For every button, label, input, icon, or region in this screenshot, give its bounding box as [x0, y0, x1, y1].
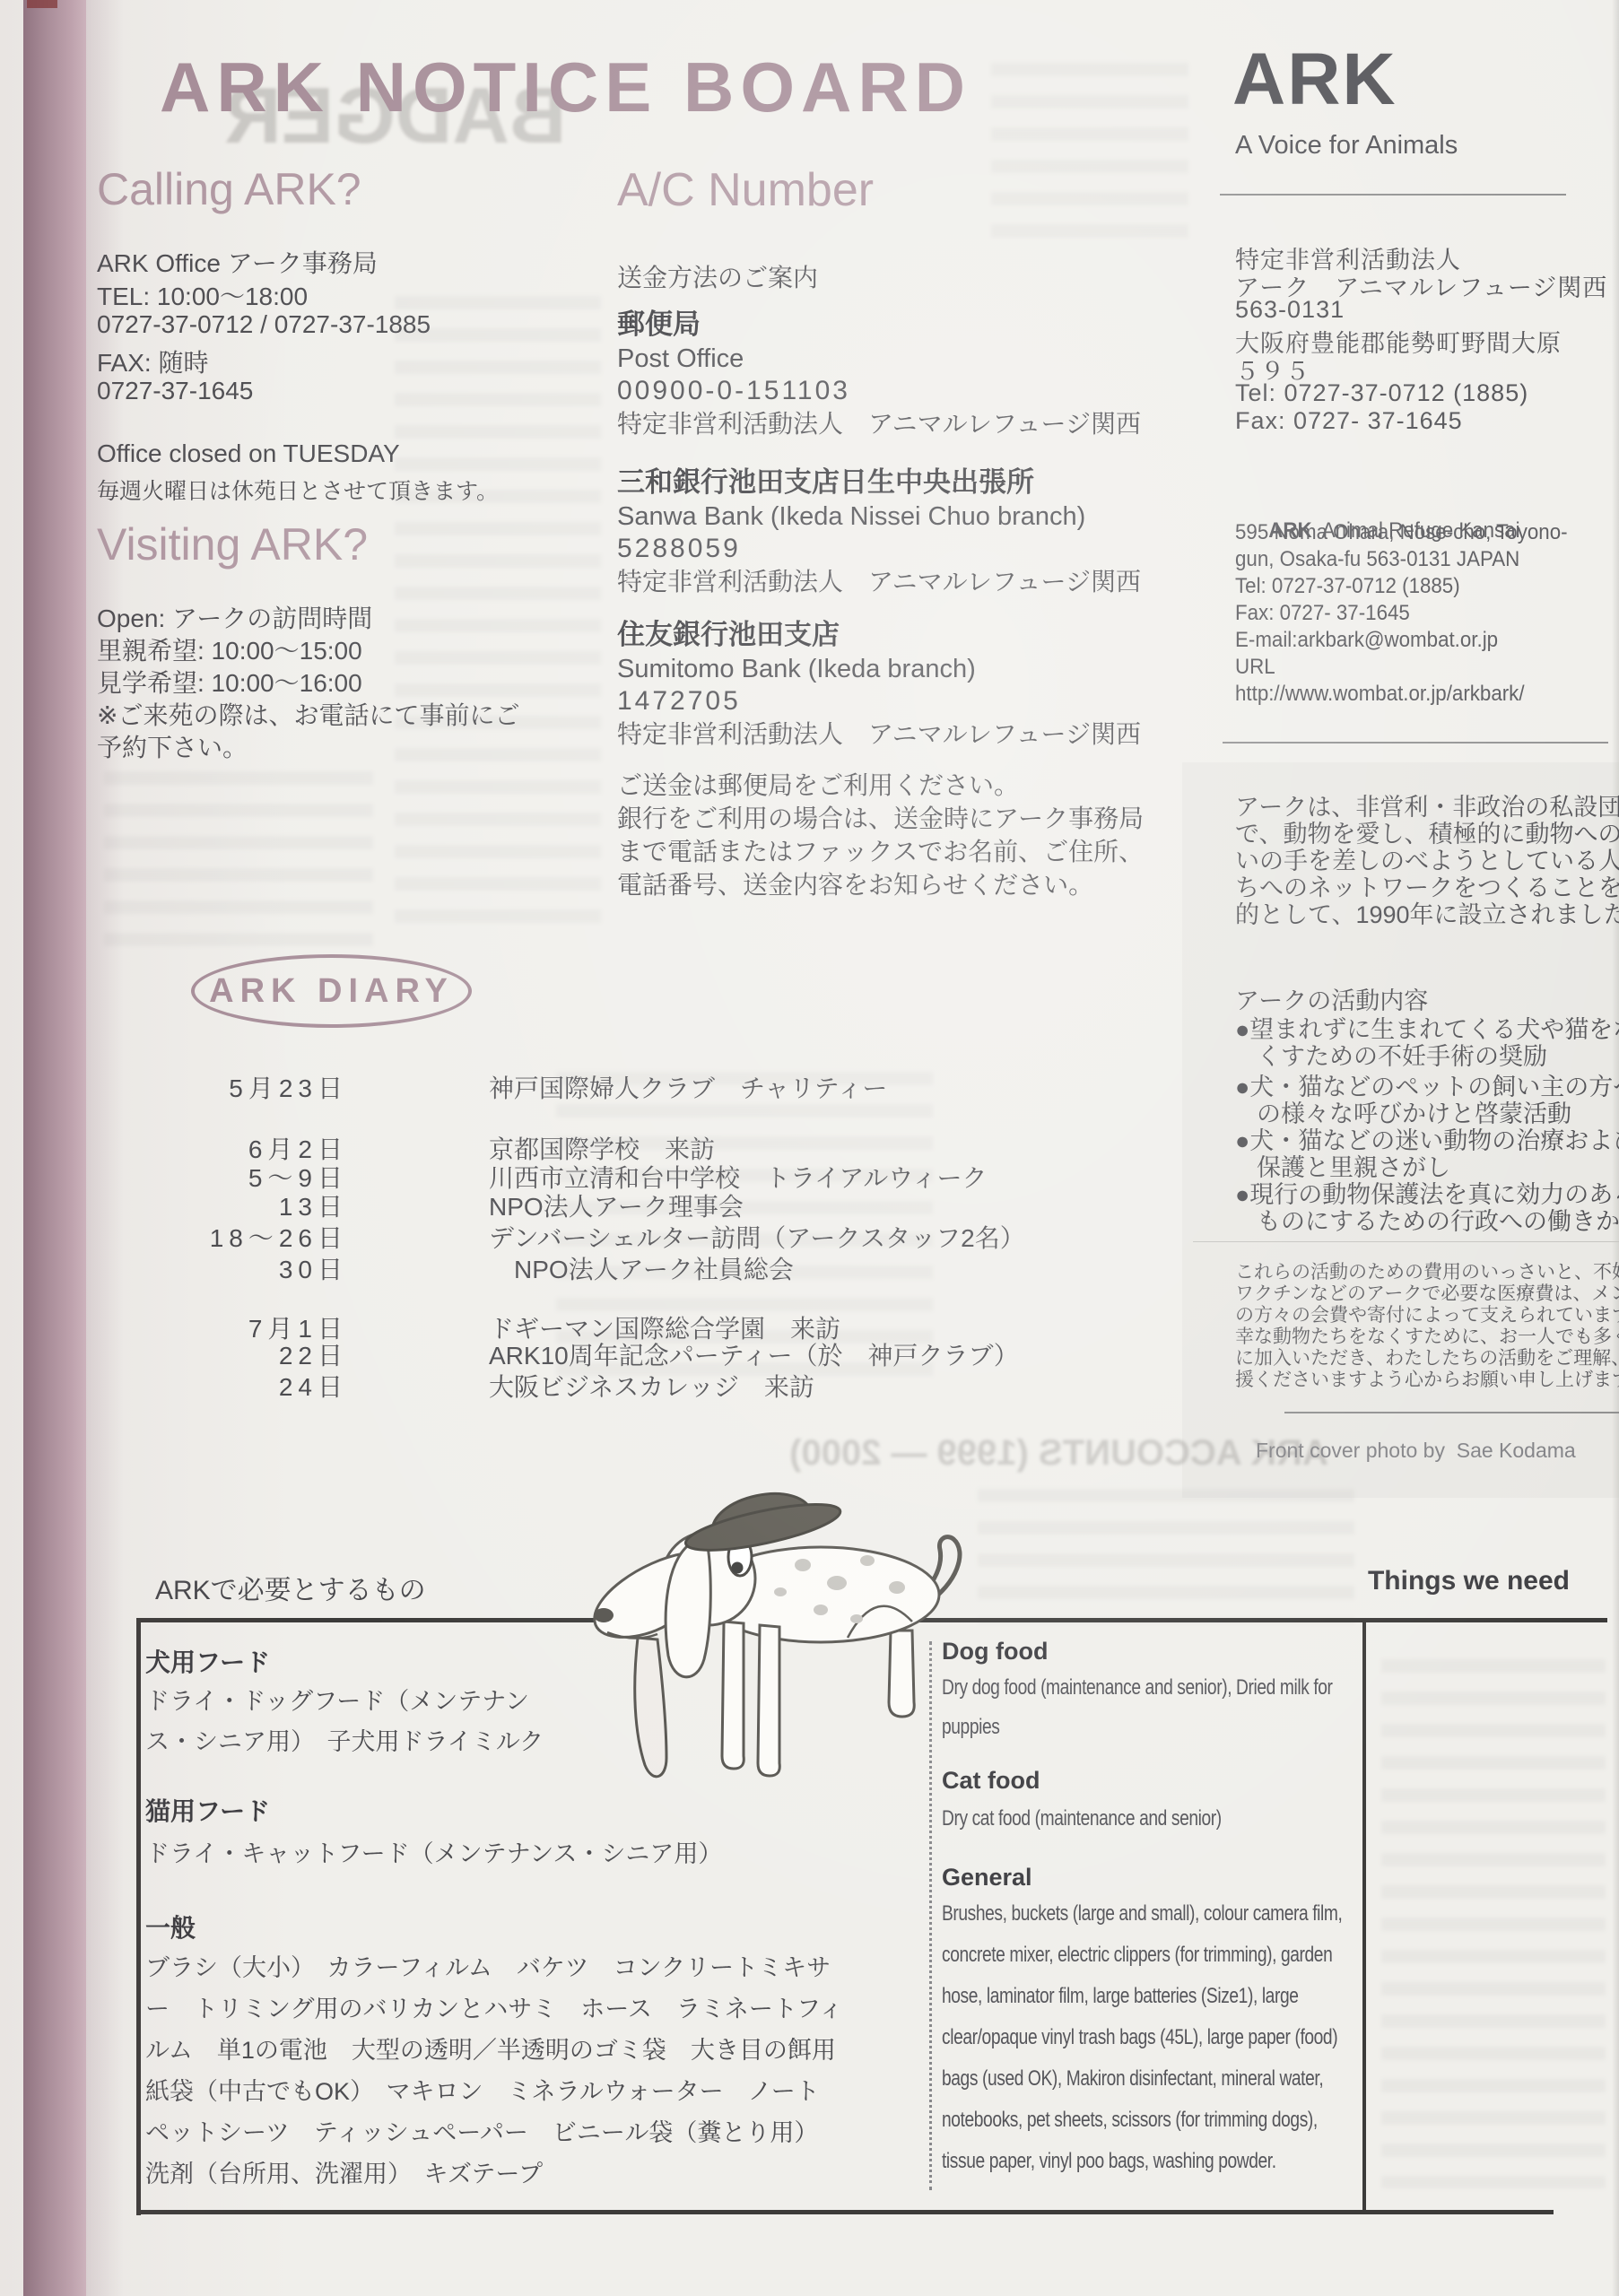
support-line: これらの活動のための費用のいっさいと、不妊手術、 — [1235, 1257, 1619, 1279]
needs-jp-title: 一般 — [145, 1909, 196, 1944]
tel-hours: TEL: 10:00～18:00 — [97, 277, 431, 310]
showthrough-lines — [991, 63, 1188, 242]
support-appeal: これらの活動のための費用のいっさいと、不妊手術、 ワクチンなどのアークで必要な医… — [1235, 1257, 1619, 1387]
address-line: Fax: 0727- 37-1645 — [1235, 407, 1607, 435]
diary-date: 22日 — [108, 1336, 348, 1372]
diary-event: デンバーシェルター訪問（アークスタッフ2名） — [489, 1219, 1025, 1255]
office-label: ARK Office アーク事務局 — [97, 244, 431, 277]
dog-illustration — [552, 1480, 1000, 1874]
remittance-note-line: 電話番号、送金内容をお知らせください。 — [617, 865, 1144, 899]
support-line: 援くださいますよう心からお願い申し上げます。 — [1235, 1365, 1619, 1387]
showthrough-lines — [1381, 1659, 1606, 2188]
scanned-newsletter-page: BADGER ARK ACCOUNTS (1999 — 2000) ARK NO… — [0, 0, 1619, 2296]
diary-event: NPO法人アーク理事会 — [489, 1187, 744, 1223]
account-number: 1472705 — [617, 686, 1141, 715]
fax-number: 0727-37-1645 — [97, 377, 431, 410]
bank-entry-sanwa: 三和銀行池田支店日生中央出張所 Sanwa Bank (Ikeda Nissei… — [617, 459, 1141, 598]
remittance-note: ご送金は郵便局をご利用ください。 銀行をご利用の場合は、送金時にアーク事務局 ま… — [617, 766, 1144, 899]
bank-entry-sumitomo: 住友銀行池田支店 Sumitomo Bank (Ikeda branch) 14… — [617, 612, 1141, 751]
remittance-note-line: まで電話またはファックスでお名前、ご住所、 — [617, 832, 1144, 865]
account-holder: 特定非営利活動法人 アニマルレフュージ関西 — [617, 562, 1141, 598]
calling-ark-info: ARK Office アーク事務局 TEL: 10:00～18:00 0727-… — [97, 244, 431, 410]
diary-entry: 5月23日神戸国際婦人クラブ チャリティー — [108, 1069, 887, 1105]
needs-box-border-left — [136, 1618, 141, 2215]
address-line: ARK Animal Refuge Kansai — [1235, 493, 1568, 520]
remittance-note-line: 銀行をご利用の場合は、送金時にアーク事務局 — [617, 799, 1144, 832]
support-line: に加入いただき、わたしたちの活動をご理解、ご支 — [1235, 1344, 1619, 1365]
diary-entry: 30日 NPO法人アーク社員総会 — [108, 1250, 794, 1286]
ark-diary-badge: ARK DIARY — [191, 954, 472, 1028]
tour-hours: 見学希望: 10:00～16:00 — [97, 664, 519, 696]
address-line: 大阪府豊能郡能勢町野間大原 — [1235, 324, 1607, 352]
bank-entry-post-office: 郵便局 Post Office 00900-0-151103 特定非営利活動法人… — [617, 301, 1141, 440]
intro-line: ちへのネットワークをつくることを目 — [1235, 868, 1619, 895]
needs-box-border-bottom — [136, 2210, 1554, 2214]
visiting-ark-heading: Visiting ARK? — [97, 518, 368, 570]
diary-entry: 24日大阪ビジネスカレッジ 来訪 — [108, 1368, 814, 1404]
needs-en-line: Dry dog food (maintenance and senior), D… — [942, 1675, 1333, 1700]
address-line: Tel: 0727-37-0712 (1885) — [1235, 379, 1607, 407]
visiting-ark-info: Open: アークの訪問時間 里親希望: 10:00～15:00 見学希望: 1… — [97, 599, 519, 761]
closed-notice-jp: 毎週火曜日は休苑日とさせて頂きます。 — [97, 474, 499, 506]
account-holder: 特定非営利活動法人 アニマルレフュージ関西 — [617, 715, 1141, 751]
adoption-hours: 里親希望: 10:00～15:00 — [97, 631, 519, 664]
intro-line: いの手を差しのべようとしている人た — [1235, 841, 1619, 868]
org-address-en: ARK Animal Refuge Kansai 595 Noma Ohara,… — [1235, 493, 1592, 709]
needs-jp-line: ー トリミング用のバリカンとハサミ ホース ラミネートフィ — [145, 1989, 843, 2024]
activity-line: ●犬・猫などの迷い動物の治療および — [1235, 1121, 1619, 1148]
scan-artifact — [27, 0, 57, 8]
org-logo-text: ARK — [1232, 38, 1397, 122]
needs-en-line: concrete mixer, electric clippers (for t… — [942, 1943, 1332, 1968]
support-line: の方々の会費や寄付によって支えられています。不 — [1235, 1300, 1619, 1322]
diary-event: 大阪ビジネスカレッジ 来訪 — [489, 1368, 814, 1404]
diary-entry: 13日NPO法人アーク理事会 — [108, 1187, 744, 1223]
needs-jp-line: ペットシーツ ティッシュペーパー ビニール袋（糞とり用） — [145, 2113, 818, 2148]
calling-ark-heading: Calling ARK? — [97, 163, 361, 215]
divider-rule — [1193, 1241, 1619, 1242]
address-line: Tel: 0727-37-0712 (1885) — [1235, 574, 1568, 601]
intro-line: で、動物を愛し、積極的に動物への救 — [1235, 814, 1619, 841]
needs-jp-line: ブラシ（大小） カラーフィルム バケツ コンクリートミキサ — [145, 1948, 831, 1983]
reservation-note-2: 予約下さい。 — [97, 728, 519, 761]
remittance-intro: 送金方法のご案内 — [617, 258, 818, 294]
divider-rule — [1284, 1412, 1619, 1413]
bank-name-jp: 郵便局 — [617, 301, 1141, 344]
needs-jp-line: ス・シニア用） 子犬用ドライミルク — [145, 1722, 544, 1757]
diary-date: 18～26日 — [108, 1219, 348, 1255]
account-number: 5288059 — [617, 534, 1141, 562]
needs-en-line: tissue paper, vinyl poo bags, washing po… — [942, 2149, 1276, 2174]
activities-list: ●望まれずに生まれてくる犬や猫をな くすための不妊手術の奨励 ●犬・猫などのペッ… — [1235, 1010, 1619, 1243]
open-hours-label: Open: アークの訪問時間 — [97, 599, 519, 631]
bank-name-en: Post Office — [617, 344, 1141, 376]
page-title: ARK NOTICE BOARD — [160, 47, 971, 128]
divider-rule — [1220, 194, 1566, 196]
diary-entry: 18～26日デンバーシェルター訪問（アークスタッフ2名） — [108, 1219, 1025, 1255]
activity-line: の様々な呼びかけと啓蒙活動 — [1235, 1094, 1619, 1121]
address-line: gun, Osaka-fu 563-0131 JAPAN — [1235, 547, 1568, 574]
ark-diary-label: ARK DIARY — [209, 972, 454, 1011]
diary-date: 30日 — [108, 1250, 348, 1286]
bank-name-en: Sanwa Bank (Ikeda Nissei Chuo branch) — [617, 502, 1141, 534]
remittance-note-line: ご送金は郵便局をご利用ください。 — [617, 766, 1144, 799]
activity-item: ●現行の動物保護法を真に効力のある ものにするための行政への働きかけ — [1235, 1175, 1619, 1229]
activity-line: ●犬・猫などのペットの飼い主の方へ — [1235, 1067, 1619, 1094]
diary-event: NPO法人アーク社員総会 — [489, 1250, 794, 1286]
bank-name-en: Sumitomo Bank (Ikeda branch) — [617, 655, 1141, 686]
needs-jp-line: ドライ・ドッグフード（メンテナン — [145, 1682, 529, 1717]
bank-name-jp: 三和銀行池田支店日生中央出張所 — [617, 459, 1141, 502]
address-line: Fax: 0727- 37-1645 — [1235, 601, 1568, 628]
intro-line: 的として、1990年に設立されました。 — [1235, 895, 1619, 922]
needs-jp-line: ルム 単1の電池 大型の透明／半透明のゴミ袋 大き目の餌用 — [145, 2031, 836, 2066]
diary-entry: 22日ARK10周年記念パーティー（於 神戸クラブ） — [108, 1336, 1019, 1372]
photo-credit: Front cover photo by Sae Kodama — [1256, 1439, 1570, 1463]
account-holder: 特定非営利活動法人 アニマルレフュージ関西 — [617, 404, 1141, 440]
needs-heading-en: Things we need — [1319, 1566, 1570, 1596]
closed-notice-en: Office closed on TUESDAY — [97, 439, 400, 468]
fax-label: FAX: 随時 — [97, 344, 431, 377]
needs-en-line: bags (used OK), Makiron disinfectant, mi… — [942, 2066, 1323, 2092]
tel-numbers: 0727-37-0712 / 0727-37-1885 — [97, 310, 431, 344]
account-number: 00900-0-151103 — [617, 376, 1141, 404]
activity-item: ●犬・猫などのペットの飼い主の方へ の様々な呼びかけと啓蒙活動 — [1235, 1067, 1619, 1121]
intro-line: アークは、非営利・非政治の私設団体 — [1235, 787, 1619, 814]
needs-jp-title: 犬用フード — [145, 1643, 270, 1679]
needs-jp-line: 紙袋（中古でもOK） マキロン ミネラルウォーター ノート — [145, 2072, 820, 2107]
needs-en-line: Brushes, buckets (large and small), colo… — [942, 1901, 1342, 1926]
activity-line: ●望まれずに生まれてくる犬や猫をな — [1235, 1010, 1619, 1037]
address-line: http://www.wombat.or.jp/arkbark/ — [1235, 682, 1568, 709]
diary-event: ARK10周年記念パーティー（於 神戸クラブ） — [489, 1336, 1019, 1372]
address-line: E-mail:arkbark@wombat.or.jp — [1235, 628, 1568, 655]
showthrough-lines — [978, 1489, 1354, 1623]
needs-jp-title: 猫用フード — [145, 1792, 270, 1828]
needs-list-en: Dog food Dry dog food (maintenance and s… — [942, 1629, 1363, 2203]
needs-heading-jp: ARKで必要とするもの — [155, 1568, 426, 1607]
diary-date: 5月23日 — [108, 1069, 348, 1105]
account-number-heading: A/C Number — [617, 163, 874, 217]
address-line: 595 Noma Ohara, Nose-cho, Toyono- — [1235, 520, 1568, 547]
org-tagline: A Voice for Animals — [1235, 131, 1458, 161]
needs-jp-line: 洗剤（台所用、洗濯用） キズテープ — [145, 2154, 543, 2189]
needs-en-line: notebooks, pet sheets, scissors (for tri… — [942, 2108, 1318, 2133]
needs-en-line: hose, laminator film, large batteries (S… — [942, 1984, 1299, 2009]
support-line: 幸な動物たちをなくすために、お一人でも多くの方 — [1235, 1322, 1619, 1344]
address-line: 特定非営利活動法人 — [1235, 240, 1607, 268]
diary-date: 13日 — [108, 1187, 348, 1223]
activity-item: ●犬・猫などの迷い動物の治療および 保護と里親さがし — [1235, 1121, 1619, 1175]
address-line: アーク アニマルレフュージ関西 — [1235, 268, 1607, 296]
org-intro: アークは、非営利・非政治の私設団体 で、動物を愛し、積極的に動物への救 いの手を… — [1235, 787, 1619, 922]
diary-event: 神戸国際婦人クラブ チャリティー — [489, 1069, 887, 1105]
showthrough-lines — [104, 771, 373, 951]
activity-line: ●現行の動物保護法を真に効力のある — [1235, 1175, 1619, 1202]
diary-date: 24日 — [108, 1368, 348, 1404]
address-line: URL — [1235, 655, 1568, 682]
support-line: ワクチンなどのアークで必要な医療費は、メンバー — [1235, 1279, 1619, 1300]
diary-list: 5月23日神戸国際婦人クラブ チャリティー 6月2日京都国際学校 来訪 5～9日… — [108, 1058, 1058, 1417]
activity-item: ●望まれずに生まれてくる犬や猫をな くすための不妊手術の奨励 — [1235, 1010, 1619, 1064]
org-address-jp: 特定非営利活動法人 アーク アニマルレフュージ関西 563-0131 大阪府豊能… — [1235, 240, 1607, 435]
reservation-note-1: ※ご来苑の際は、お電話にて事前にご — [97, 696, 519, 728]
binding-spine — [23, 0, 86, 2296]
needs-en-line: clear/opaque vinyl trash bags (45L), lar… — [942, 2025, 1337, 2050]
activity-line: ものにするための行政への働きかけ — [1235, 1202, 1619, 1229]
bank-name-jp: 住友銀行池田支店 — [617, 612, 1141, 655]
divider-rule — [1223, 742, 1608, 744]
